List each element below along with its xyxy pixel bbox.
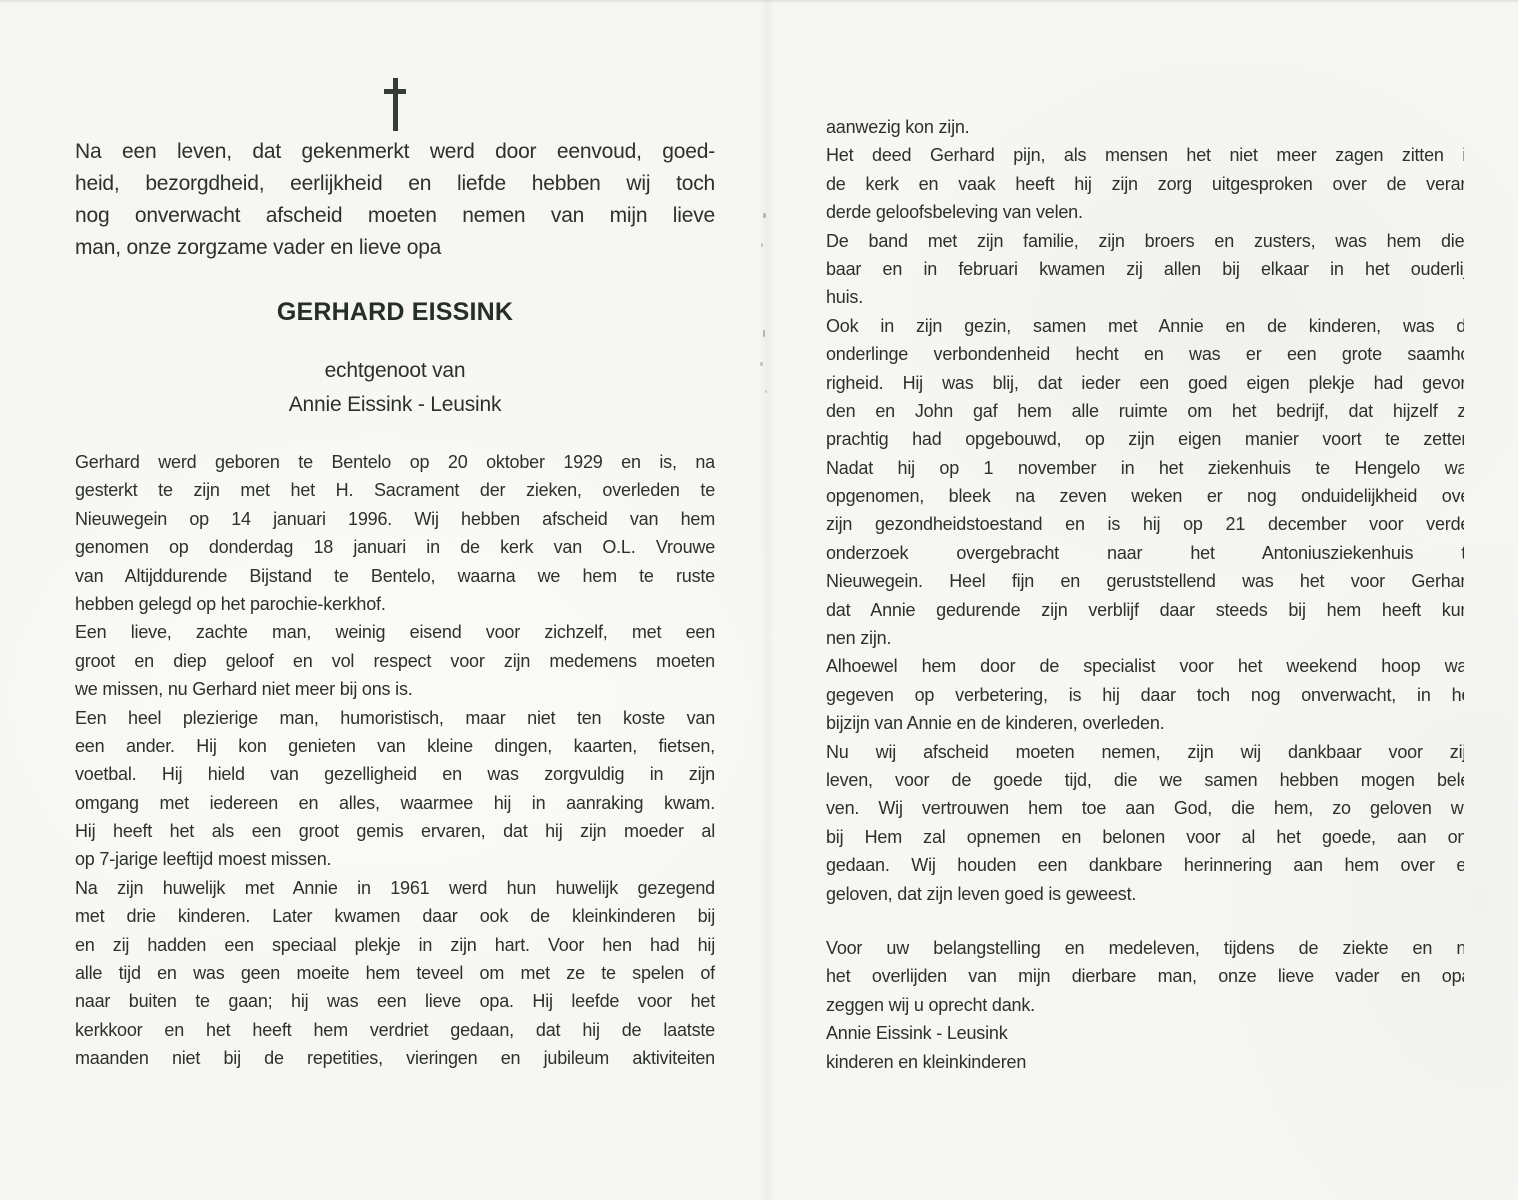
cross-horizontal-bar (384, 89, 406, 94)
intro-line: Na een leven, dat gekenmerkt werd door e… (75, 136, 715, 168)
body-line: Het deed Gerhard pijn, als mensen het ni… (826, 141, 1464, 169)
body-line: Nieuwegein op 14 januari 1996. Wij hebbe… (75, 505, 715, 533)
body-line: Ook in zijn gezin, samen met Annie en de… (826, 312, 1464, 340)
body-line: Een heel plezierige man, humoristisch, m… (75, 704, 715, 732)
body-line: Nieuwegein. Heel fijn en geruststellend … (826, 567, 1464, 595)
intro-line: nog onverwacht afscheid moeten nemen van… (75, 200, 715, 232)
body-line: de kerk en vaak heeft hij zijn zorg uitg… (826, 170, 1464, 198)
body-line: derde geloofsbeleving van velen. (826, 198, 1464, 226)
body-line: met drie kinderen. Later kwamen daar ook… (75, 902, 715, 930)
body-line: baar en in februari kwamen zij allen bij… (826, 255, 1464, 283)
intro-line: man, onze zorgzame vader en lieve opa (75, 232, 715, 264)
body-line: bijzijn van Annie en de kinderen, overle… (826, 709, 1464, 737)
body-line: geloven, dat zijn leven goed is geweest. (826, 880, 1464, 908)
deceased-name: GERHARD EISSINK (75, 298, 715, 327)
body-line: omgang met iedereen en alles, waarmee hi… (75, 789, 715, 817)
subtitle-line: Annie Eissink - Leusink (75, 388, 715, 422)
body-line: ven. Wij vertrouwen hem toe aan God, die… (826, 794, 1464, 822)
closing-text: Voor uw belangstelling en medeleven, tij… (826, 934, 1464, 1076)
left-page: Na een leven, dat gekenmerkt werd door e… (75, 0, 715, 1200)
body-line: Alhoewel hem door de specialist voor het… (826, 652, 1464, 680)
body-line: gegeven op verbetering, is hij daar toch… (826, 681, 1464, 709)
scan-speck (761, 243, 763, 247)
memorial-card-scan: Na een leven, dat gekenmerkt werd door e… (0, 0, 1518, 1200)
body-line: De band met zijn familie, zijn broers en… (826, 227, 1464, 255)
body-line: en zij hadden een speciaal plekje in zij… (75, 931, 715, 959)
body-line: onderzoek overgebracht naar het Antonius… (826, 539, 1464, 567)
cross-icon (384, 78, 406, 131)
body-line: een ander. Hij kon genieten van kleine d… (75, 732, 715, 760)
body-line: groot en diep geloof en vol respect voor… (75, 647, 715, 675)
intro-paragraph: Na een leven, dat gekenmerkt werd door e… (75, 136, 715, 264)
closing-line: zeggen wij u oprecht dank. (826, 991, 1464, 1019)
center-fold-shadow (758, 0, 776, 1200)
body-line: bij Hem zal opnemen en belonen voor al h… (826, 823, 1464, 851)
obituary-text-right: aanwezig kon zijn.Het deed Gerhard pijn,… (826, 113, 1464, 908)
body-line: righeid. Hij was blij, dat ieder een goe… (826, 369, 1464, 397)
body-line: prachtig had opgebouwd, op zijn eigen ma… (826, 425, 1464, 453)
body-line: Hij heeft het als een groot gemis ervare… (75, 817, 715, 845)
scan-speck (765, 390, 767, 393)
body-line: Nu wij afscheid moeten nemen, zijn wij d… (826, 738, 1464, 766)
body-line: we missen, nu Gerhard niet meer bij ons … (75, 675, 715, 703)
body-line: op 7-jarige leeftijd moest missen. (75, 845, 715, 873)
body-line: Na zijn huwelijk met Annie in 1961 werd … (75, 874, 715, 902)
body-line: aanwezig kon zijn. (826, 113, 1464, 141)
body-line: Nadat hij op 1 november in het ziekenhui… (826, 454, 1464, 482)
subtitle-line: echtgenoot van (75, 354, 715, 388)
body-line: alle tijd en was geen moeite hem teveel … (75, 959, 715, 987)
body-line: huis. (826, 283, 1464, 311)
closing-line: Annie Eissink - Leusink (826, 1019, 1464, 1047)
body-line: gedaan. Wij houden een dankbare herinner… (826, 851, 1464, 879)
scan-speck (763, 330, 765, 337)
body-line: van Altijddurende Bijstand te Bentelo, w… (75, 562, 715, 590)
body-line: onderlinge verbondenheid hecht en was er… (826, 340, 1464, 368)
body-line: Een lieve, zachte man, weinig eisend voo… (75, 618, 715, 646)
body-line: Gerhard werd geboren te Bentelo op 20 ok… (75, 448, 715, 476)
body-line: gesterkt te zijn met het H. Sacrament de… (75, 476, 715, 504)
scan-speck (763, 213, 766, 218)
cross-vertical-bar (393, 78, 398, 131)
body-line: hebben gelegd op het parochie-kerkhof. (75, 590, 715, 618)
intro-line: heid, bezorgdheid, eerlijkheid en liefde… (75, 168, 715, 200)
body-line: naar buiten te gaan; hij was een lieve o… (75, 987, 715, 1015)
body-line: genomen op donderdag 18 januari in de ke… (75, 533, 715, 561)
body-line: opgenomen, bleek na zeven weken er nog o… (826, 482, 1464, 510)
body-line: dat Annie gedurende zijn verblijf daar s… (826, 596, 1464, 624)
closing-line: Voor uw belangstelling en medeleven, tij… (826, 934, 1464, 962)
body-line: leven, voor de goede tijd, die we samen … (826, 766, 1464, 794)
body-line: maanden niet bij de repetities, vieringe… (75, 1044, 715, 1072)
body-line: zijn gezondheidstoestand en is hij op 21… (826, 510, 1464, 538)
scan-speck (760, 362, 763, 366)
right-page-inner: aanwezig kon zijn.Het deed Gerhard pijn,… (826, 113, 1464, 1076)
body-line: kerkkoor en het heeft hem verdriet gedaa… (75, 1016, 715, 1044)
body-line: nen zijn. (826, 624, 1464, 652)
right-page: aanwezig kon zijn.Het deed Gerhard pijn,… (826, 0, 1464, 1200)
obituary-text-left: Gerhard werd geboren te Bentelo op 20 ok… (75, 448, 715, 1073)
closing-line: het overlijden van mijn dierbare man, on… (826, 962, 1464, 990)
body-line: den en John gaf hem alle ruimte om het b… (826, 397, 1464, 425)
body-line: voetbal. Hij hield van gezelligheid en w… (75, 760, 715, 788)
relation-subtitle: echtgenoot vanAnnie Eissink - Leusink (75, 354, 715, 422)
closing-line: kinderen en kleinkinderen (826, 1048, 1464, 1076)
